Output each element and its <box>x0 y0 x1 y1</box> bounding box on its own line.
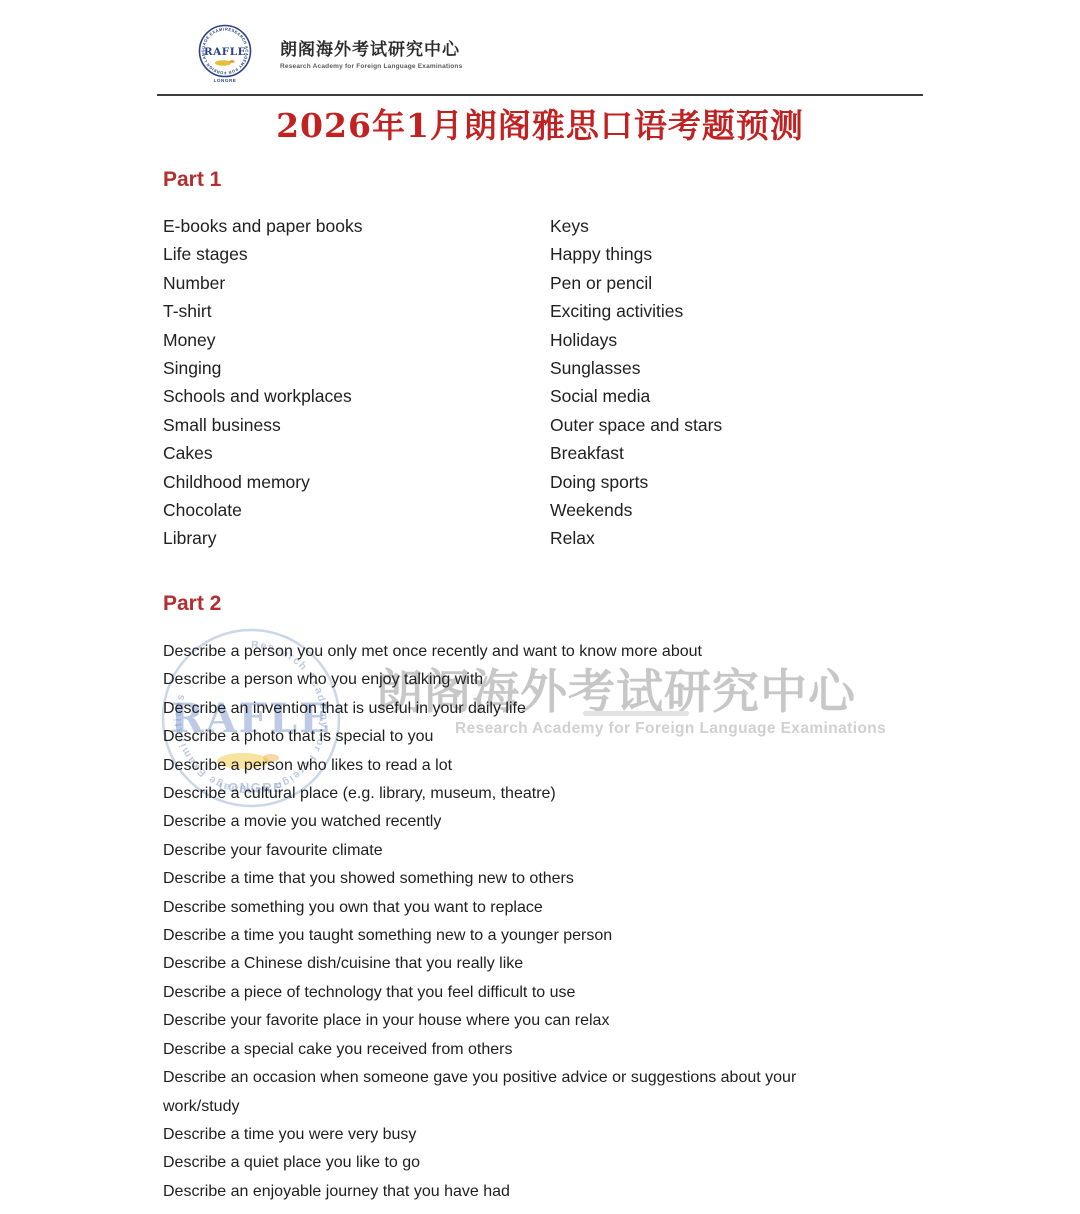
part1-topic: Number <box>163 269 550 297</box>
part2-question-list: Describe a person you only met once rece… <box>163 638 835 1206</box>
part1-topic: Breakfast <box>550 439 937 467</box>
part2-question: Describe an enjoyable journey that you h… <box>163 1178 835 1206</box>
part1-topic: Pen or pencil <box>550 269 937 297</box>
part2-question: Describe a Chinese dish/cuisine that you… <box>163 950 835 978</box>
part1-topic: Small business <box>163 411 550 439</box>
part1-topic: Outer space and stars <box>550 411 937 439</box>
part1-topic: Weekends <box>550 496 937 524</box>
part1-topic-list-col2: KeysHappy thingsPen or pencilExciting ac… <box>550 212 937 553</box>
part1-topic: Doing sports <box>550 468 937 496</box>
page-title: 2026年1月朗阁雅思口语考题预测 <box>157 105 923 147</box>
part2-question: Describe your favourite climate <box>163 837 835 865</box>
part2-question: Describe a piece of technology that you … <box>163 979 835 1007</box>
part2-heading: Part 2 <box>163 592 221 616</box>
part1-topic: Library <box>163 524 550 552</box>
part1-heading: Part 1 <box>163 168 221 192</box>
header-divider <box>157 94 923 96</box>
part1-topic: Sunglasses <box>550 354 937 382</box>
part1-topic: Childhood memory <box>163 468 550 496</box>
part2-question: Describe a person who likes to read a lo… <box>163 752 835 780</box>
document-page: Research Academy for Foreign Language Ex… <box>0 0 1080 1214</box>
svg-text:LONGRE: LONGRE <box>214 78 237 83</box>
part2-question: Describe a special cake you received fro… <box>163 1036 835 1064</box>
part2-question: Describe a time that you showed somethin… <box>163 865 835 893</box>
part2-question: Describe an invention that is useful in … <box>163 695 835 723</box>
part2-question: Describe a time you were very busy <box>163 1121 835 1149</box>
part1-topic: Schools and workplaces <box>163 382 550 410</box>
part1-topic: E-books and paper books <box>163 212 550 240</box>
part1-topic: Money <box>163 326 550 354</box>
part1-topic: Exciting activities <box>550 297 937 325</box>
part1-topic: Happy things <box>550 240 937 268</box>
part1-topic-list-col1: E-books and paper booksLife stagesNumber… <box>163 212 550 553</box>
part1-topic: Relax <box>550 524 937 552</box>
part1-topic: Keys <box>550 212 937 240</box>
part2-question: Describe a person you only met once rece… <box>163 638 835 666</box>
part2-question: Describe an occasion when someone gave y… <box>163 1064 835 1121</box>
part2-question: Describe a cultural place (e.g. library,… <box>163 780 835 808</box>
part2-question: Describe a photo that is special to you <box>163 723 835 751</box>
rafle-seal-icon: RESEARCH ACADEMY FOR FOREIGN LANGUAGE EX… <box>196 22 258 84</box>
part1-topic: Singing <box>163 354 550 382</box>
header-org-text: 朗阁海外考试研究中心 Research Academy for Foreign … <box>280 22 462 70</box>
part1-topic: Cakes <box>163 439 550 467</box>
part1-topic: Holidays <box>550 326 937 354</box>
part2-question: Describe your favorite place in your hou… <box>163 1007 835 1035</box>
part2-question: Describe a time you taught something new… <box>163 922 835 950</box>
svg-text:RAFLE: RAFLE <box>204 46 246 58</box>
part2-question: Describe a movie you watched recently <box>163 808 835 836</box>
org-name-zh: 朗阁海外考试研究中心 <box>280 35 462 60</box>
part1-topics: E-books and paper booksLife stagesNumber… <box>163 212 937 553</box>
part1-topic: T-shirt <box>163 297 550 325</box>
part2-question: Describe a quiet place you like to go <box>163 1149 835 1177</box>
part2-question: Describe something you own that you want… <box>163 894 835 922</box>
part2-question: Describe a person who you enjoy talking … <box>163 666 835 694</box>
part1-topic: Life stages <box>163 240 550 268</box>
header-logo: RESEARCH ACADEMY FOR FOREIGN LANGUAGE EX… <box>196 22 462 84</box>
org-name-en: Research Academy for Foreign Language Ex… <box>280 63 462 70</box>
part1-topic: Chocolate <box>163 496 550 524</box>
part1-topic: Social media <box>550 382 937 410</box>
